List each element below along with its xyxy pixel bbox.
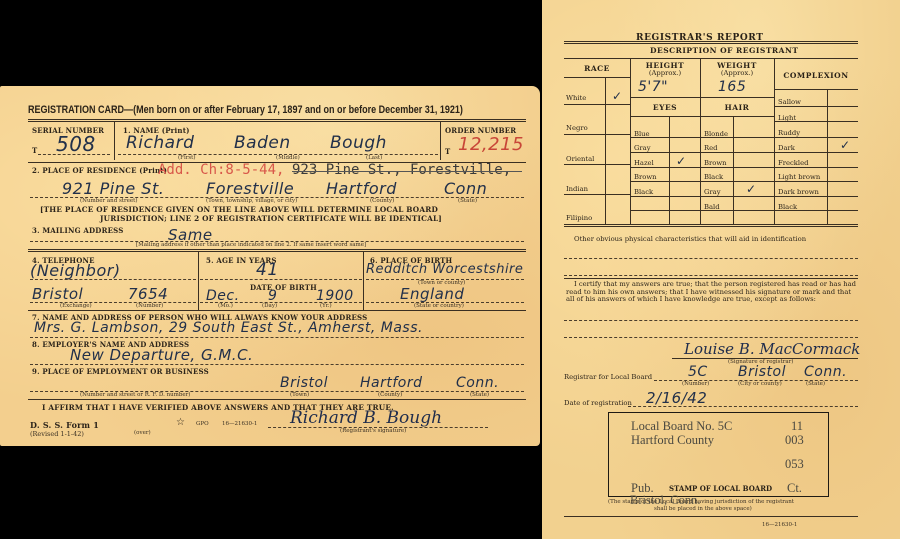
grid-line	[630, 210, 700, 211]
form-name: D. S. S. Form 1	[30, 420, 99, 430]
grid-line	[774, 196, 858, 197]
underline	[30, 337, 524, 338]
telephone-line1: (Neighbor)	[30, 261, 121, 280]
registrant-signature: Richard B. Bough	[290, 408, 442, 428]
grid-line	[630, 167, 700, 168]
residence-street: 921 Pine St.	[62, 179, 164, 198]
divider	[564, 278, 858, 279]
contact-value: Mrs. G. Lambson, 29 South East St., Amhe…	[34, 320, 423, 336]
residence-label: 2. PLACE OF RESIDENCE (Print)	[32, 166, 167, 175]
local-board-state: Conn.	[804, 364, 847, 380]
grid-line	[700, 58, 701, 224]
grid-line	[774, 121, 858, 122]
underline	[564, 320, 858, 321]
eyes-hazel-check: ✓	[676, 154, 686, 168]
eyes-brown: Brown	[634, 173, 657, 181]
grid-line	[700, 181, 774, 182]
sub-county: (County)	[378, 392, 402, 398]
sub-number: (Number)	[136, 303, 163, 309]
order-prefix: T	[445, 147, 450, 156]
employer-value: New Departure, G.M.C.	[70, 346, 253, 364]
residence-town: Forestville	[206, 179, 294, 198]
stamp-caption-overprint: STAMP OF LOCAL BOARD	[669, 484, 772, 493]
last-name-value: Bough	[330, 133, 387, 153]
grid-line	[827, 89, 828, 224]
back-print-code: 16—21630-1	[762, 522, 797, 528]
employment-town: Bristol	[280, 375, 328, 391]
residence-notice-1: [THE PLACE OF RESIDENCE GIVEN ON THE LIN…	[40, 205, 438, 214]
divider	[28, 310, 526, 311]
divider	[564, 224, 858, 227]
residence-notice-2: JURISDICTION; LINE 2 OF REGISTRATION CER…	[100, 214, 442, 223]
divider	[28, 399, 526, 400]
grid-line	[700, 152, 774, 153]
print-code: 16—21630-1	[222, 421, 257, 427]
divider	[564, 41, 858, 44]
underline	[30, 364, 524, 365]
stamp-line2-right: 003	[785, 433, 804, 448]
sub-street-rfd: (Number and street or R. F. D. number)	[80, 392, 190, 398]
divider	[28, 119, 526, 122]
grid-line	[564, 194, 630, 195]
order-number-value: 12,215	[458, 134, 524, 155]
employment-state: Conn.	[456, 375, 499, 391]
grid-line	[605, 77, 606, 224]
serial-number-value: 508	[56, 132, 96, 156]
stamp-line3-right: 053	[785, 457, 804, 472]
grid-line	[774, 106, 858, 107]
grid-line	[774, 89, 858, 90]
complexion-freckled: Freckled	[778, 159, 808, 167]
grid-line	[630, 116, 774, 117]
residence-state: Conn	[444, 179, 487, 198]
complexion-ruddy: Ruddy	[778, 129, 800, 137]
last-sub: (Last)	[366, 155, 382, 161]
race-white: White	[566, 94, 586, 102]
complexion-dark: Dark	[778, 144, 795, 152]
sub-county: (County)	[370, 198, 394, 204]
race-filipino: Filipino	[566, 214, 592, 222]
telephone-number: 7654	[128, 285, 168, 303]
first-sub: (First)	[178, 155, 196, 161]
certification-text: I certify that my answers are true; that…	[566, 281, 858, 304]
divider	[114, 122, 115, 160]
stamp-line1-left: Local Board No. 5C	[631, 419, 732, 434]
hair-red: Red	[704, 144, 718, 152]
grid-line	[564, 134, 630, 135]
complexion-light-brown: Light brown	[778, 173, 820, 181]
sub-town: (Town, township, village, or city)	[206, 198, 297, 204]
grid-line	[630, 181, 700, 182]
grid-line	[700, 210, 774, 211]
card-title: REGISTRATION CARD—(Men born on or after …	[28, 104, 463, 116]
registration-card-front: REGISTRATION CARD—(Men born on or after …	[0, 86, 540, 446]
hair-brown: Brown	[704, 159, 727, 167]
address-change-stamp: Add. Ch:8-5-44,	[158, 162, 284, 178]
grid-line	[774, 181, 858, 182]
height-approx: (Approx.)	[630, 69, 700, 77]
sub-state: (State)	[458, 198, 477, 204]
underline	[30, 302, 196, 303]
underline	[564, 258, 858, 259]
grid-line	[564, 104, 630, 105]
sub-street: (Number and street)	[80, 198, 138, 204]
star-icon: ☆	[176, 417, 185, 428]
divider	[28, 249, 526, 252]
birthplace-country: England	[400, 285, 464, 303]
race-white-check: ✓	[612, 89, 622, 103]
residence-county: Hartford	[326, 179, 397, 198]
signature-sub: (Registrant's signature)	[340, 428, 406, 434]
stamp-line1-right: 11	[791, 419, 803, 434]
grid-line	[774, 167, 858, 168]
grid-line	[700, 167, 774, 168]
grid-line	[630, 196, 700, 197]
divider	[440, 122, 441, 160]
grid-line	[669, 116, 670, 224]
grid-line	[630, 152, 700, 153]
birthplace-town: Redditch Worcestshire	[366, 262, 523, 277]
grid-line	[630, 58, 631, 224]
complexion-dark-check: ✓	[840, 138, 850, 152]
gpo-mark: GPO	[196, 421, 209, 427]
local-board-number: 5C	[688, 364, 708, 380]
eyes-hazel: Hazel	[634, 159, 654, 167]
registration-date-label: Date of registration	[564, 399, 632, 407]
underline	[564, 337, 858, 338]
grid-line	[774, 152, 858, 153]
sub-number: (Number)	[682, 381, 709, 387]
grid-line	[564, 164, 630, 165]
sub-town: (Town)	[290, 392, 309, 398]
hair-black: Black	[704, 173, 723, 181]
grid-line	[774, 58, 775, 224]
local-board-stamp: Local Board No. 5C 11 Hartford County 00…	[608, 412, 829, 497]
new-address-stamp: 923 Pine St., Forestville,	[292, 162, 511, 178]
underline	[564, 275, 858, 276]
employment-label: 9. PLACE OF EMPLOYMENT OR BUSINESS	[32, 367, 209, 376]
hair-gray-check: ✓	[746, 182, 756, 196]
age-value: 41	[256, 260, 279, 280]
sub-exchange: (Exchange)	[60, 303, 92, 309]
serial-prefix: T	[32, 146, 37, 155]
underline	[628, 406, 858, 407]
underline	[30, 279, 196, 280]
mailing-sub: [Mailing address if other than place ind…	[136, 242, 366, 248]
telephone-exchange: Bristol	[32, 285, 83, 303]
sub-state: (State)	[470, 392, 489, 398]
sub-city: (City or county)	[738, 381, 782, 387]
stamp-line2-left: Hartford County	[631, 433, 714, 448]
sub-country: (State or country)	[414, 303, 464, 309]
height-value: 5'7"	[638, 79, 668, 95]
middle-name-value: Baden	[234, 133, 291, 153]
grid-line	[774, 210, 858, 211]
sub-month: (Mo.)	[218, 303, 233, 309]
hair-header: HAIR	[700, 103, 774, 112]
dob-label: DATE OF BIRTH	[250, 283, 317, 292]
grid-line	[630, 97, 774, 98]
eyes-header: EYES	[630, 103, 700, 112]
race-header: RACE	[564, 64, 630, 73]
other-characteristics-label: Other obvious physical characteristics t…	[574, 235, 806, 243]
middle-sub: (Middle)	[276, 155, 300, 161]
divider	[564, 58, 858, 59]
sub-state: (State)	[806, 381, 825, 387]
underline	[38, 154, 110, 155]
registrars-report-back: REGISTRAR'S REPORT DESCRIPTION OF REGIST…	[542, 0, 900, 539]
over-label: (over)	[134, 430, 151, 436]
divider	[564, 516, 858, 517]
hair-gray: Gray	[704, 188, 721, 196]
local-board-label: Registrar for Local Board	[564, 373, 652, 381]
strikethrough	[292, 171, 522, 172]
divider	[363, 252, 364, 310]
sub-day: (Day)	[262, 303, 277, 309]
first-name-value: Richard	[126, 133, 194, 153]
complexion-sallow: Sallow	[778, 98, 801, 106]
grid-line	[733, 116, 734, 224]
grid-line	[630, 137, 700, 138]
registration-date-value: 2/16/42	[646, 389, 707, 407]
divider	[198, 252, 199, 310]
local-board-city: Bristol	[738, 364, 786, 380]
weight-value: 165	[718, 79, 746, 95]
complexion-dark-brown: Dark brown	[778, 188, 819, 196]
description-heading: DESCRIPTION OF REGISTRANT	[650, 46, 798, 55]
employment-county: Hartford	[360, 375, 423, 391]
sub-year: (Yr.)	[320, 303, 332, 309]
complexion-header: COMPLEXION	[774, 71, 858, 80]
stamp-caption-1: (The stamp of the Local Board having jur…	[608, 499, 794, 505]
eyes-gray: Gray	[634, 144, 651, 152]
underline	[200, 279, 362, 280]
mailing-label: 3. MAILING ADDRESS	[32, 226, 124, 235]
grid-line	[700, 196, 774, 197]
race-oriental: Oriental	[566, 155, 594, 163]
registrar-signature: Louise B. MacCormack	[684, 340, 860, 358]
weight-approx: (Approx.)	[700, 69, 774, 77]
form-revised: (Revised 1-1-42)	[30, 430, 84, 438]
grid-line	[700, 137, 774, 138]
race-negro: Negro	[566, 124, 588, 132]
race-indian: Indian	[566, 185, 588, 193]
eyes-black: Black	[634, 188, 653, 196]
stamp-line4-right: Ct.	[787, 481, 802, 496]
stamp-caption-2: shall be placed in the above space)	[654, 506, 752, 512]
grid-line	[564, 77, 630, 78]
